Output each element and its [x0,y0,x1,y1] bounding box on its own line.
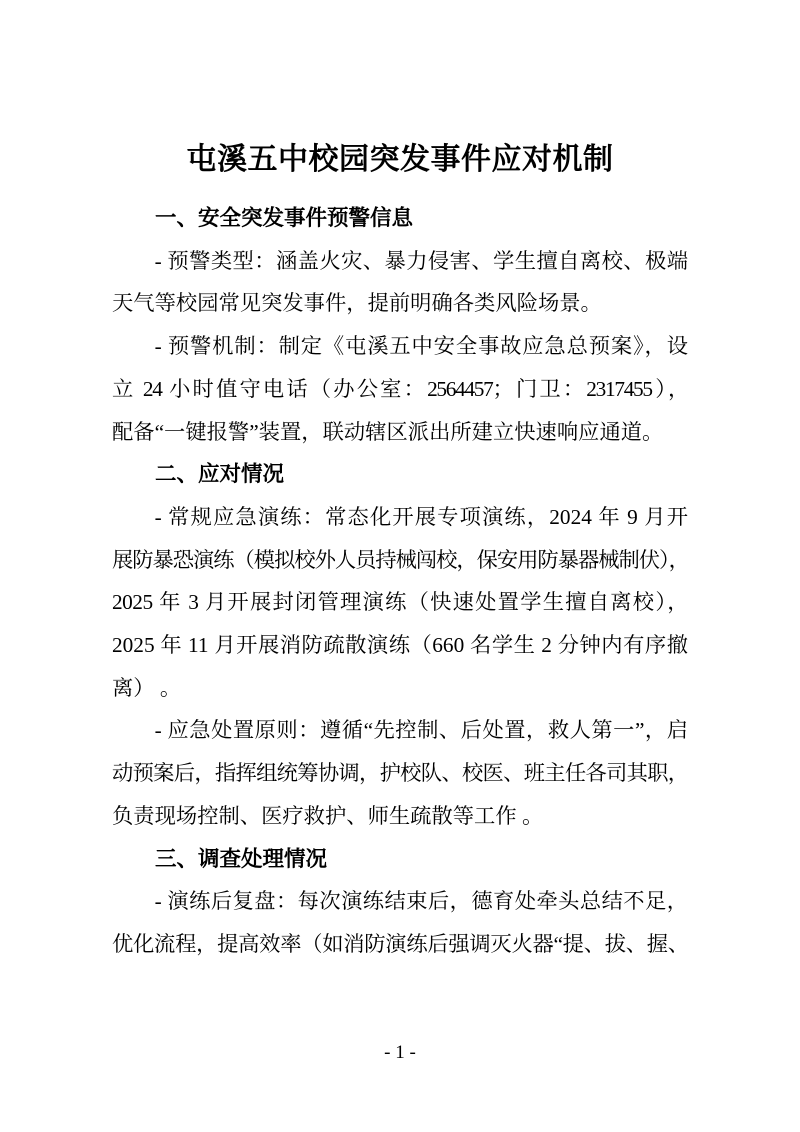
text-line: 展防暴恐演练（模拟校外人员持械闯校，保安用防暴器械制伏）， [112,539,688,582]
text-line: 负责现场控制、医疗救护、师生疏散等工作 。 [112,795,688,838]
text-line: 动预案后，指挥组统筹协调，护校队、校医、班主任各司其职， [112,752,688,795]
text-line: - 预警类型：涵盖火灾、暴力侵害、学生擅自离校、极端 [112,240,688,283]
text-line: - 应急处置原则：遵循“先控制、后处置，救人第一”，启 [112,709,688,752]
text-line: 优化流程，提高效率（如消防演练后强调灭火器“提、拔、握、 [112,923,688,966]
text-line: - 演练后复盘：每次演练结束后，德育处牵头总结不足， [112,880,688,923]
page-number: - 1 - [0,1042,800,1064]
document-page: { "document": { "title": "屯溪五中校园突发事件应对机制… [0,0,800,1132]
text-line: 配备“一键报警”装置，联动辖区派出所建立快速响应通道。 [112,411,688,454]
text-line: 天气等校园常见突发事件，提前明确各类风险场景。 [112,282,688,325]
section-heading-1: 一、安全突发事件预警信息 [112,197,688,240]
document-body: 屯溪五中校园突发事件应对机制 一、安全突发事件预警信息 - 预警类型：涵盖火灾、… [0,0,800,1132]
text-line: - 常规应急演练：常态化开展专项演练，2024 年 9 月开 [112,496,688,539]
text-line: 2025 年 3 月开展封闭管理演练（快速处置学生擅自离校）， [112,581,688,624]
document-content: 一、安全突发事件预警信息 - 预警类型：涵盖火灾、暴力侵害、学生擅自离校、极端 … [112,197,688,966]
text-line: 立 24 小时值守电话（办公室：2564457；门卫：2317455）， [112,368,688,411]
text-line: 2025 年 11 月开展消防疏散演练（660 名学生 2 分钟内有序撤 [112,624,688,667]
section-heading-3: 三、调查处理情况 [112,838,688,881]
document-title: 屯溪五中校园突发事件应对机制 [112,139,688,181]
section-heading-2: 二、应对情况 [112,453,688,496]
text-line: 离） 。 [112,667,688,710]
text-line: - 预警机制：制定《屯溪五中安全事故应急总预案》，设 [112,325,688,368]
